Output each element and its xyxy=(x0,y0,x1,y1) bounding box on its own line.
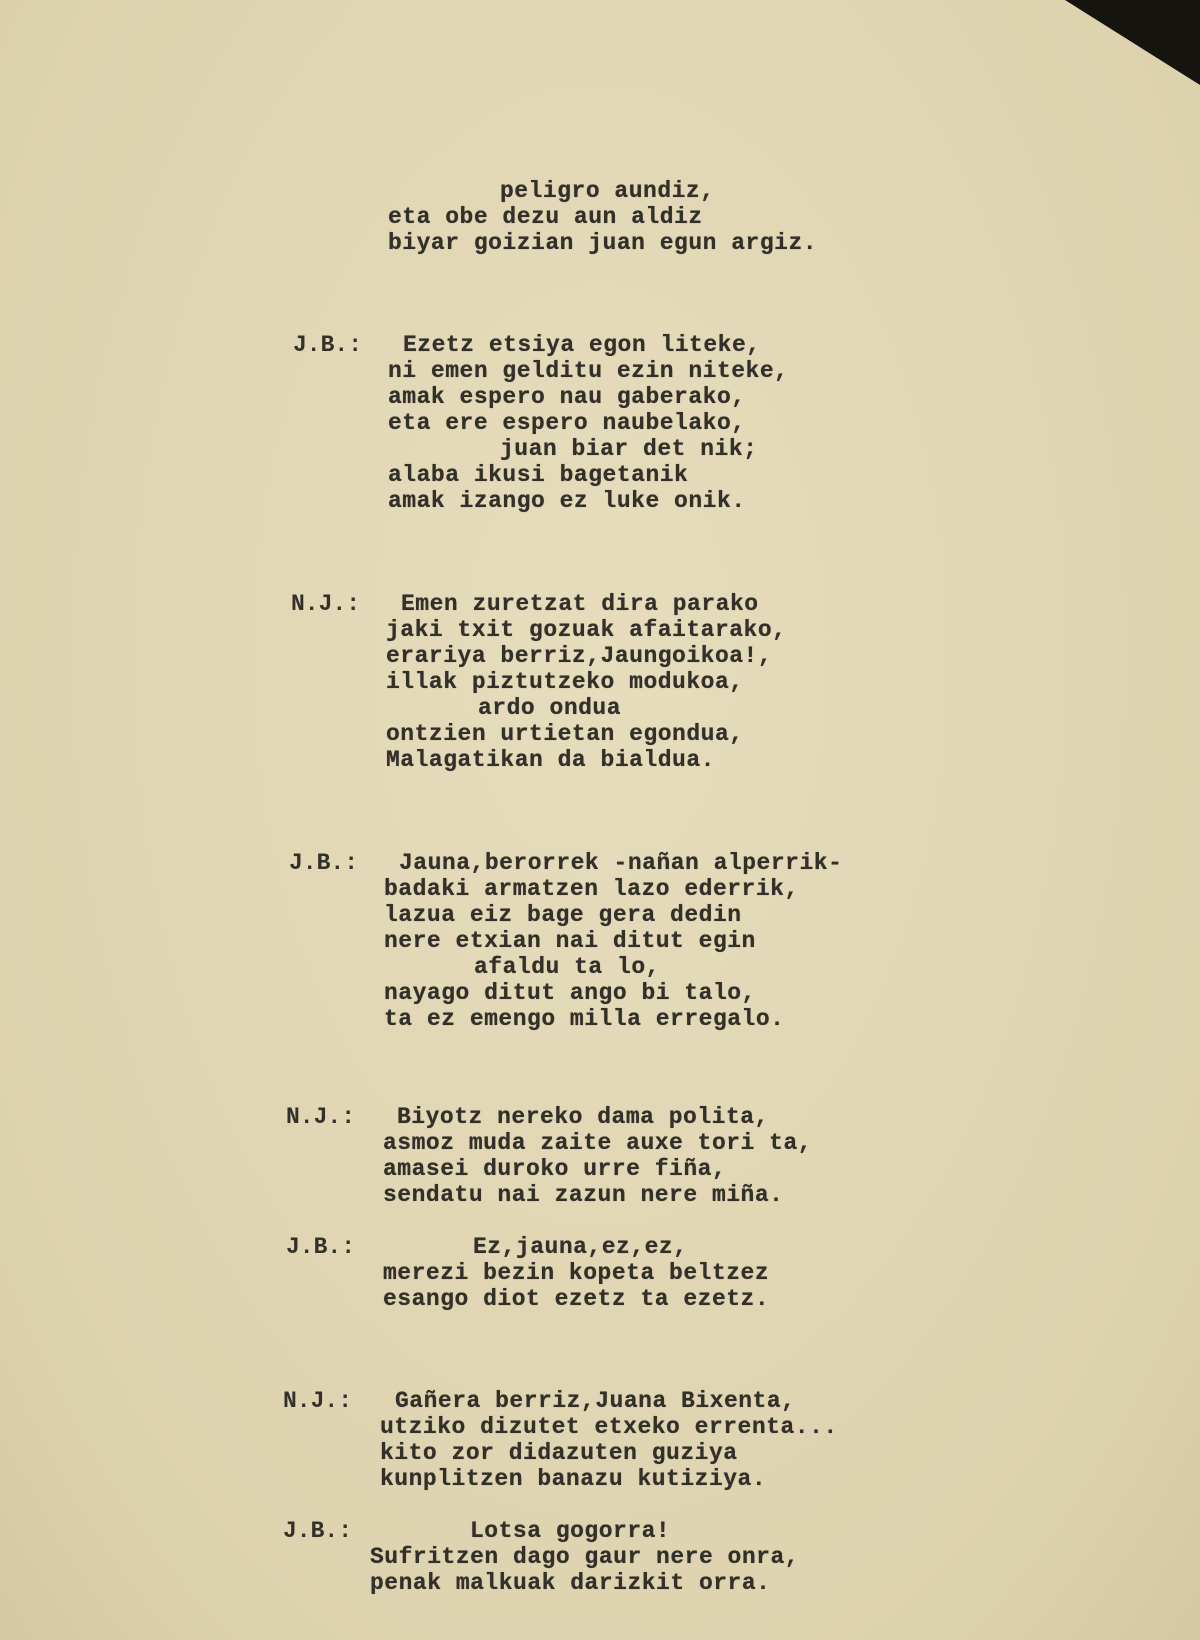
verse-line: kunplitzen banazu kutiziya. xyxy=(380,1466,766,1492)
speaker-label: J.B.: xyxy=(289,850,358,876)
verse-line: Lotsa gogorra! xyxy=(470,1518,670,1544)
verse-line: nere etxian nai ditut egin xyxy=(384,928,756,954)
verse-line: amak izango ez luke onik. xyxy=(388,488,746,514)
speaker-label: J.B.: xyxy=(286,1234,355,1260)
verse-line: Ezetz etsiya egon liteke, xyxy=(403,332,761,358)
verse-line: afaldu ta lo, xyxy=(474,954,660,980)
verse-line: juan biar det nik; xyxy=(500,436,757,462)
verse-line: asmoz muda zaite auxe tori ta, xyxy=(383,1130,812,1156)
verse-line: amasei duroko urre fiña, xyxy=(383,1156,726,1182)
torn-corner xyxy=(1065,0,1200,85)
speaker-label: N.J.: xyxy=(286,1104,355,1130)
verse-line: ontzien urtietan egondua, xyxy=(386,721,744,747)
verse-line: erariya berriz,Jaungoikoa!, xyxy=(386,643,772,669)
verse-line: Malagatikan da bialdua. xyxy=(386,747,715,773)
verse-line: alaba ikusi bagetanik xyxy=(388,462,688,488)
verse-line: Gañera berriz,Juana Bixenta, xyxy=(395,1388,795,1414)
verse-line: ta ez emengo milla erregalo. xyxy=(384,1006,784,1032)
verse-line: badaki armatzen lazo ederrik, xyxy=(384,876,799,902)
verse-line: illak piztutzeko modukoa, xyxy=(386,669,744,695)
verse-line: Sufritzen dago gaur nere onra, xyxy=(370,1544,799,1570)
verse-line: peligro aundiz, xyxy=(500,178,715,204)
verse-line: penak malkuak darizkit orra. xyxy=(370,1570,770,1596)
verse-line: Jauna,berorrek -nañan alperrik- xyxy=(399,850,842,876)
speaker-label: N.J.: xyxy=(291,591,360,617)
verse-line: ni emen gelditu ezin niteke, xyxy=(388,358,788,384)
verse-line: ardo ondua xyxy=(478,695,621,721)
verse-line: kito zor didazuten guziya xyxy=(380,1440,738,1466)
verse-line: eta obe dezu aun aldiz xyxy=(388,204,703,230)
speaker-label: J.B.: xyxy=(283,1518,352,1544)
verse-line: Ez,jauna,ez,ez, xyxy=(473,1234,688,1260)
verse-line: merezi bezin kopeta beltzez xyxy=(383,1260,769,1286)
verse-line: Emen zuretzat dira parako xyxy=(401,591,759,617)
verse-line: biyar goizian juan egun argiz. xyxy=(388,230,817,256)
verse-line: amak espero nau gaberako, xyxy=(388,384,746,410)
verse-line: Biyotz nereko dama polita, xyxy=(397,1104,769,1130)
verse-line: sendatu nai zazun nere miña. xyxy=(383,1182,783,1208)
verse-line: lazua eiz bage gera dedin xyxy=(384,902,742,928)
verse-line: eta ere espero naubelako, xyxy=(388,410,746,436)
verse-line: jaki txit gozuak afaitarako, xyxy=(386,617,786,643)
speaker-label: J.B.: xyxy=(293,332,362,358)
verse-line: utziko dizutet etxeko errenta... xyxy=(380,1414,838,1440)
verse-line: esango diot ezetz ta ezetz. xyxy=(383,1286,769,1312)
speaker-label: N.J.: xyxy=(283,1388,352,1414)
verse-line: nayago ditut ango bi talo, xyxy=(384,980,756,1006)
